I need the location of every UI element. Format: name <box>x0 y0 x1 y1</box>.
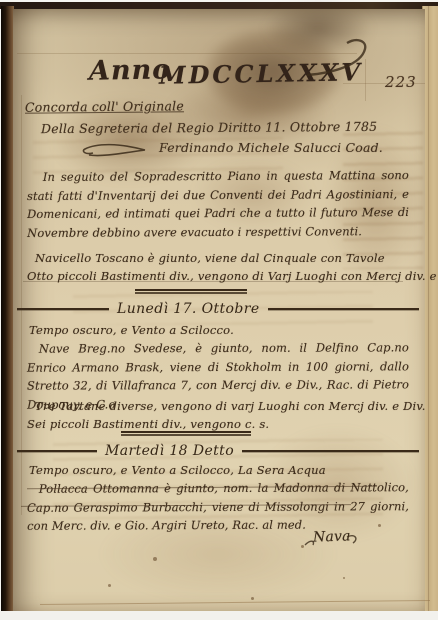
foxing-speck <box>108 584 111 587</box>
signature-flourish-icon <box>79 141 149 159</box>
photo-bottom-margin <box>0 611 438 620</box>
weather-line: Tempo oscuro, e Vento a Scilocco. <box>29 321 234 340</box>
book-cover-edge-top <box>0 2 438 9</box>
certification-line1: Concorda coll' Originale <box>25 98 184 114</box>
section-end-rule <box>135 289 247 291</box>
heading-rule-right <box>242 450 419 452</box>
manuscript-photo: Anno MDCCLXXXV 223 Concorda coll' Origin… <box>0 0 438 620</box>
weather-line: Tempo oscuro, e Vento a Scilocco, La Ser… <box>29 461 326 480</box>
title-flourish-icon <box>303 35 373 79</box>
foxing-speck <box>153 557 157 561</box>
heading-rule-right <box>268 308 419 310</box>
heading-rule-left <box>17 308 109 310</box>
manuscript-page: Anno MDCCLXXXV 223 Concorda coll' Origin… <box>13 9 425 611</box>
signature-swash-icon <box>303 531 359 551</box>
certification-line2: Della Segreteria del Regio Diritto 11. O… <box>41 119 377 136</box>
heading-text: Lunedì 17. Ottobre <box>117 301 260 317</box>
heading-text: Martedì 18 Detto <box>105 443 234 459</box>
intro-paragraph: In seguito del Sopradescritto Piano in q… <box>27 166 409 242</box>
foxing-speck <box>343 577 345 579</box>
section-end-rule <box>121 431 251 433</box>
ruled-line <box>23 281 403 282</box>
section-heading-martedi: Martedì 18 Detto <box>17 443 419 459</box>
section-heading-lunedi: Lunedì 17. Ottobre <box>17 301 419 317</box>
ship-entry: Tre Tartane diverse, vengono di varj Luo… <box>35 397 426 416</box>
arrival-line: Otto piccoli Bastimenti div., vengono di… <box>27 267 438 286</box>
certification-signer: Ferdinando Michele Salucci Coad. <box>159 140 383 155</box>
foxing-speck <box>251 597 254 600</box>
folio-number: 223 <box>385 73 417 91</box>
arrival-line: Navicello Toscano è giunto, viene dal Ci… <box>35 249 385 268</box>
heading-rule-left <box>17 450 97 452</box>
